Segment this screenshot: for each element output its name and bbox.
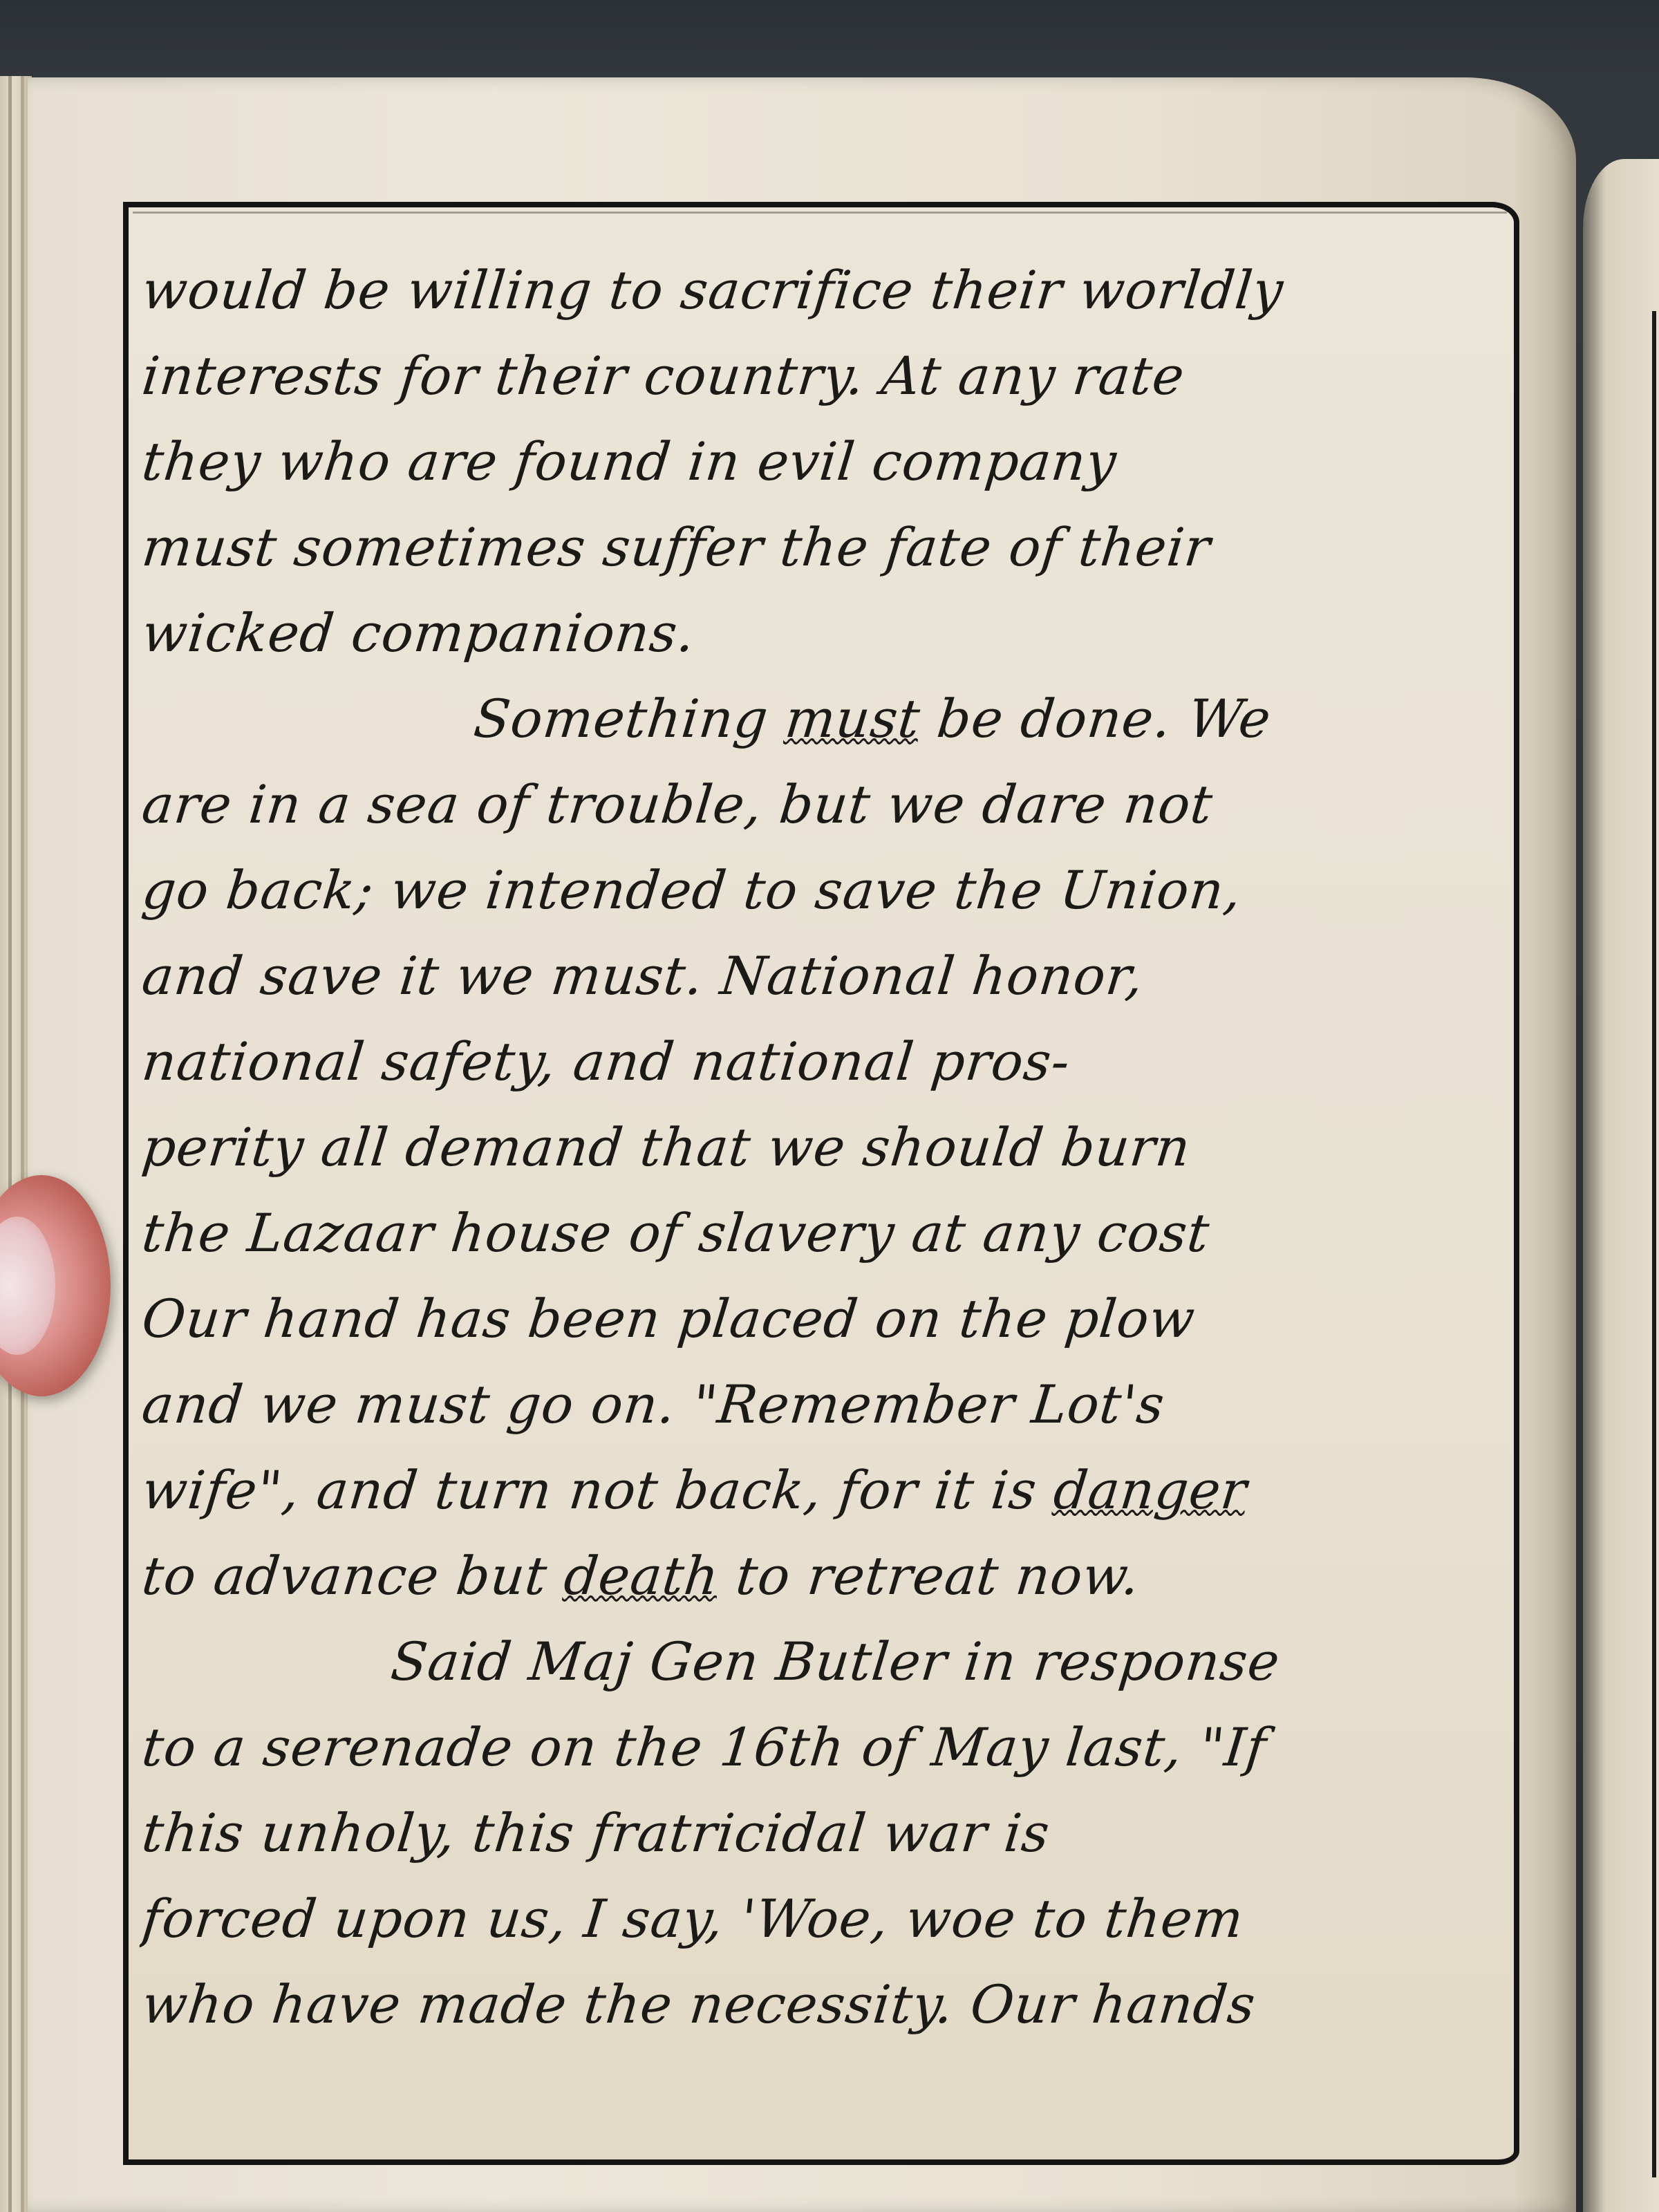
text-line: this unholy, this fratricidal war is <box>138 1790 1504 1876</box>
text-line: perity all demand that we should burn <box>138 1105 1504 1190</box>
text-line: must sometimes suffer the fate of their <box>138 505 1504 590</box>
text-line: and save it we must. National honor, <box>138 933 1504 1019</box>
text-fragment: wife", and turn not back, for it is <box>139 1459 1057 1521</box>
underlined-word: danger <box>1051 1459 1250 1521</box>
text-fragment: to advance but <box>139 1545 568 1606</box>
text-line-paragraph-start: Something must be done. We <box>138 676 1504 762</box>
text-line: to advance but death to retreat now. <box>138 1533 1504 1619</box>
text-line: who have made the necessity. Our hands <box>138 1962 1504 2047</box>
text-line: forced upon us, I say, 'Woe, woe to them <box>138 1876 1504 1962</box>
text-line: they who are found in evil company <box>138 419 1504 505</box>
text-line: interests for their country. At any rate <box>138 333 1504 419</box>
underlined-word: must <box>782 688 924 749</box>
text-line: are in a sea of trouble, but we dare not <box>138 762 1504 847</box>
right-facing-page <box>1583 159 1659 2212</box>
text-line: to a serenade on the 16th of May last, "… <box>138 1705 1504 1790</box>
text-line: Our hand has been placed on the plow <box>138 1276 1504 1362</box>
right-page-frame-rule <box>1652 311 1656 2177</box>
text-fragment: to retreat now. <box>715 1545 1143 1606</box>
text-line: and we must go on. "Remember Lot's <box>138 1362 1504 1447</box>
text-fragment: Something <box>471 688 789 749</box>
text-line: wicked companions. <box>138 590 1504 676</box>
text-line: wife", and turn not back, for it is dang… <box>138 1447 1504 1533</box>
page-border-frame: would be willing to sacrifice their worl… <box>123 202 1519 2165</box>
handwritten-text: would be willing to sacrifice their worl… <box>142 247 1500 2047</box>
text-line-paragraph-start: Said Maj Gen Butler in response <box>138 1619 1504 1705</box>
underlined-word: death <box>561 1545 722 1606</box>
text-line: national safety, and national pros- <box>138 1019 1504 1105</box>
text-line: the Lazaar house of slavery at any cost <box>138 1190 1504 1276</box>
text-line: go back; we intended to save the Union, <box>138 847 1504 933</box>
text-fragment: be done. We <box>917 688 1274 749</box>
text-line: would be willing to sacrifice their worl… <box>138 247 1504 333</box>
